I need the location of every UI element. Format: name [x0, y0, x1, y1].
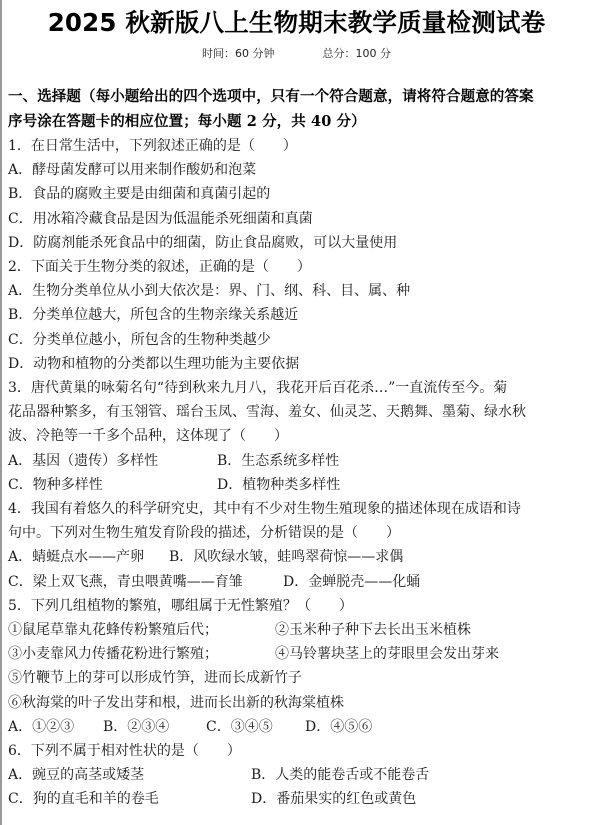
- option-b: B．风吹绿水皱，蛙鸣翠荷惊——求偶: [169, 545, 403, 569]
- item-row: ①鼠尾草靠丸花蜂传粉繁殖后代； ②玉米种子种下去长出玉米植株: [8, 618, 583, 642]
- question-stem: 4．我国有着悠久的科学研究史，其中有不少对生物生殖现象的描述体现在成语和诗: [8, 497, 583, 521]
- item-4: ④马铃薯块茎上的芽眼里会发出芽来: [275, 642, 499, 666]
- question-stem: 5．下列几组植物的繁殖，哪组属于无性繁殖？（ ）: [8, 594, 583, 618]
- option-a: A．①②③: [8, 715, 103, 739]
- exam-time: 时间：60 分钟: [202, 46, 275, 62]
- exam-title: 2025 秋新版八上生物期末教学质量检测试卷: [0, 6, 593, 40]
- section-heading: 一、选择题（每小题给出的四个选项中，只有一个符合题意，请将符合题意的答案: [8, 84, 583, 109]
- question-4: 4．我国有着悠久的科学研究史，其中有不少对生物生殖现象的描述体现在成语和诗 句中…: [8, 497, 583, 594]
- question-stem: 2．下面关于生物分类的叙述，正确的是（ ）: [8, 255, 583, 279]
- option-d: D．番茄果实的红色或黄色: [251, 787, 416, 811]
- option-a: A．基因（遗传）多样性: [8, 449, 217, 473]
- exam-meta: 时间：60 分钟总分：100 分: [0, 46, 593, 62]
- page-left-border: [0, 0, 2, 825]
- question-6: 6．下列不属于相对性状的是（ ） A．豌豆的高茎或矮茎 B．人类的能卷舌或不能卷…: [8, 739, 583, 812]
- question-stem: 句中。下列对生物生殖发育阶段的描述，分析错误的是（ ）: [8, 521, 583, 545]
- option-c: C．分类单位越小，所包含的生物种类越少: [8, 328, 583, 352]
- question-3: 3．唐代黄巢的咏菊名句“待到秋来九月八，我花开后百花杀…”一直流传至今。菊 花品…: [8, 376, 583, 497]
- exam-body: 一、选择题（每小题给出的四个选项中，只有一个符合题意，请将符合题意的答案 序号涂…: [8, 84, 583, 812]
- option-row: A．蜻蜓点水——产卵 B．风吹绿水皱，蛙鸣翠荷惊——求偶: [8, 545, 583, 569]
- option-row: A．①②③ B．②③④ C．③④⑤ D．④⑤⑥: [8, 715, 583, 739]
- item-1: ①鼠尾草靠丸花蜂传粉繁殖后代；: [8, 618, 275, 642]
- option-row: C．狗的直毛和羊的卷毛 D．番茄果实的红色或黄色: [8, 787, 583, 811]
- option-b: B．食品的腐败主要是由细菌和真菌引起的: [8, 182, 583, 206]
- question-stem: 花品器种繁多，有玉翎管、瑶台玉凤、雪海、羞女、仙灵芝、天鹅舞、墨菊、绿水秋: [8, 400, 583, 424]
- question-stem: 1．在日常生活中，下列叙述正确的是（ ）: [8, 134, 583, 158]
- option-a: A．豌豆的高茎或矮茎: [8, 763, 251, 787]
- option-b: B．分类单位越大，所包含的生物亲缘关系越近: [8, 303, 583, 327]
- item-3: ③小麦靠风力传播花粉进行繁殖；: [8, 642, 275, 666]
- option-a: A．蜻蜓点水——产卵: [8, 545, 169, 569]
- option-a: A．酵母菌发酵可以用来制作酸奶和泡菜: [8, 158, 583, 182]
- item-2: ②玉米种子种下去长出玉米植株: [275, 618, 471, 642]
- option-b: B．人类的能卷舌或不能卷舌: [251, 763, 429, 787]
- item-5: ⑤竹鞭节上的芽可以形成竹笋，进而长成新竹子: [8, 666, 583, 690]
- option-b: B．生态系统多样性: [217, 449, 339, 473]
- option-d: D．植物种类多样性: [217, 473, 340, 497]
- option-row: A．基因（遗传）多样性 B．生态系统多样性: [8, 449, 583, 473]
- option-c: C．③④⑤: [206, 715, 305, 739]
- option-row: C．梁上双飞燕，青虫喂黄嘴——育雏 D．金蝉脱壳——化蛹: [8, 570, 583, 594]
- option-c: C．物种多样性: [8, 473, 217, 497]
- question-stem: 3．唐代黄巢的咏菊名句“待到秋来九月八，我花开后百花杀…”一直流传至今。菊: [8, 376, 583, 400]
- option-d: D．④⑤⑥: [305, 715, 372, 739]
- option-c: C．狗的直毛和羊的卷毛: [8, 787, 251, 811]
- section-heading: 序号涂在答题卡的相应位置；每小题 2 分，共 40 分）: [8, 109, 583, 134]
- question-2: 2．下面关于生物分类的叙述，正确的是（ ） A．生物分类单位从小到大依次是：界、…: [8, 255, 583, 376]
- exam-total-score: 总分：100 分: [323, 46, 392, 62]
- option-row: A．豌豆的高茎或矮茎 B．人类的能卷舌或不能卷舌: [8, 763, 583, 787]
- question-stem: 波、冷艳等一千多个品种，这体现了（ ）: [8, 424, 583, 448]
- question-1: 1．在日常生活中，下列叙述正确的是（ ） A．酵母菌发酵可以用来制作酸奶和泡菜 …: [8, 134, 583, 255]
- item-6: ⑥秋海棠的叶子发出芽和根，进而长出新的秋海棠植株: [8, 691, 583, 715]
- option-d: D．动物和植物的分类都以生理功能为主要依据: [8, 352, 583, 376]
- option-row: C．物种多样性 D．植物种类多样性: [8, 473, 583, 497]
- option-d: D．金蝉脱壳——化蛹: [283, 570, 420, 594]
- question-5: 5．下列几组植物的繁殖，哪组属于无性繁殖？（ ） ①鼠尾草靠丸花蜂传粉繁殖后代；…: [8, 594, 583, 739]
- question-stem: 6．下列不属于相对性状的是（ ）: [8, 739, 583, 763]
- item-row: ③小麦靠风力传播花粉进行繁殖； ④马铃薯块茎上的芽眼里会发出芽来: [8, 642, 583, 666]
- option-c: C．用冰箱冷藏食品是因为低温能杀死细菌和真菌: [8, 207, 583, 231]
- option-a: A．生物分类单位从小到大依次是：界、门、纲、科、目、属、种: [8, 279, 583, 303]
- option-d: D．防腐剂能杀死食品中的细菌，防止食品腐败，可以大量使用: [8, 231, 583, 255]
- option-c: C．梁上双飞燕，青虫喂黄嘴——育雏: [8, 570, 283, 594]
- option-b: B．②③④: [103, 715, 206, 739]
